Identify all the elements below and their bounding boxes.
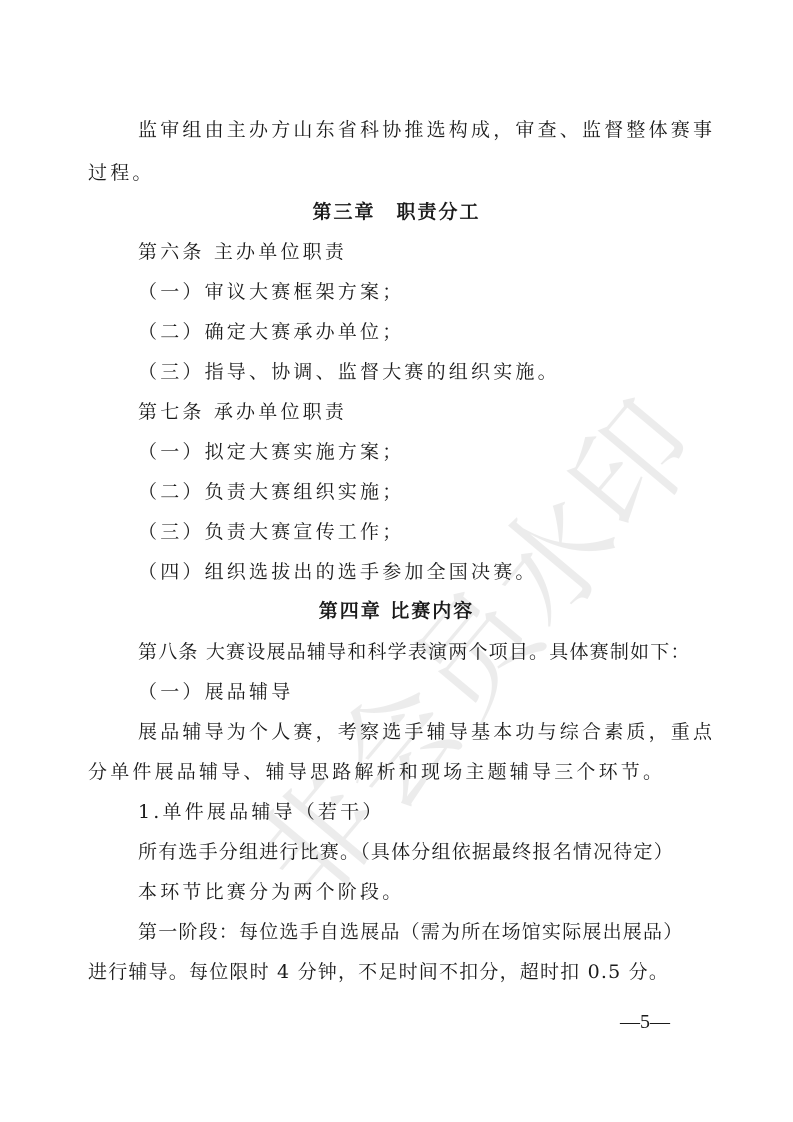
paragraph-line: 分单件展品辅导、辅导思路解析和现场主题辅导三个环节。 <box>88 760 700 784</box>
chapter-heading: 第四章 比赛内容 <box>0 599 793 623</box>
paragraph-line: 第一阶段：每位选手自选展品（需为所在场馆实际展出展品） <box>138 920 700 944</box>
paragraph-line: 所有选手分组进行比赛。（具体分组依据最终报名情况待定） <box>138 840 700 864</box>
list-item: （三）指导、协调、监督大赛的组织实施。 <box>138 360 700 384</box>
paragraph-line: 进行辅导。每位限时 4 分钟，不足时间不扣分，超时扣 0.5 分。 <box>88 960 700 984</box>
list-item: （四）组织选拔出的选手参加全国决赛。 <box>138 560 700 584</box>
list-item: （一）审议大赛框架方案； <box>138 280 700 304</box>
list-item: （一）拟定大赛实施方案； <box>138 440 700 464</box>
paragraph-line: 过程。 <box>88 161 700 185</box>
paragraph-line: 展品辅导为个人赛，考察选手辅导基本功与综合素质，重点 <box>138 720 700 744</box>
subsection-title: （一）展品辅导 <box>138 680 700 704</box>
page-number: —5— <box>620 1010 670 1034</box>
document-page: 非会员水印 监审组由主办方山东省科协推选构成，审查、监督整体赛事 过程。 第三章… <box>0 0 793 1122</box>
list-item: （三）负责大赛宣传工作； <box>138 520 700 544</box>
article-title: 第七条 承办单位职责 <box>138 400 700 424</box>
list-item: （二）确定大赛承办单位； <box>138 320 700 344</box>
paragraph-line: 监审组由主办方山东省科协推选构成，审查、监督整体赛事 <box>138 118 700 142</box>
article-title: 第八条 大赛设展品辅导和科学表演两个项目。具体赛制如下： <box>138 640 700 664</box>
paragraph-line: 本环节比赛分为两个阶段。 <box>138 880 700 904</box>
list-item: （二）负责大赛组织实施； <box>138 480 700 504</box>
chapter-heading: 第三章 职责分工 <box>0 200 793 224</box>
item-title: 1.单件展品辅导（若干） <box>138 800 700 824</box>
article-title: 第六条 主办单位职责 <box>138 240 700 264</box>
